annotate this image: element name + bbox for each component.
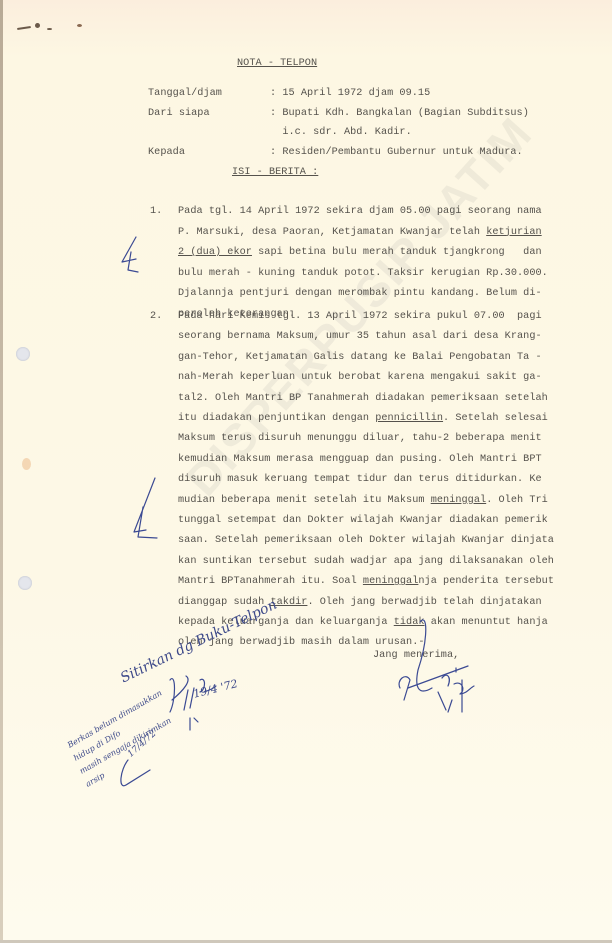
document-page: DISPERPUSIP JATIM NOTA - TELPON Tanggal/… bbox=[0, 0, 612, 943]
annotation-date-mark bbox=[121, 760, 150, 786]
handwriting-layer bbox=[0, 0, 612, 943]
margin-mark-4 bbox=[134, 478, 157, 538]
margin-mark-4 bbox=[122, 237, 138, 272]
